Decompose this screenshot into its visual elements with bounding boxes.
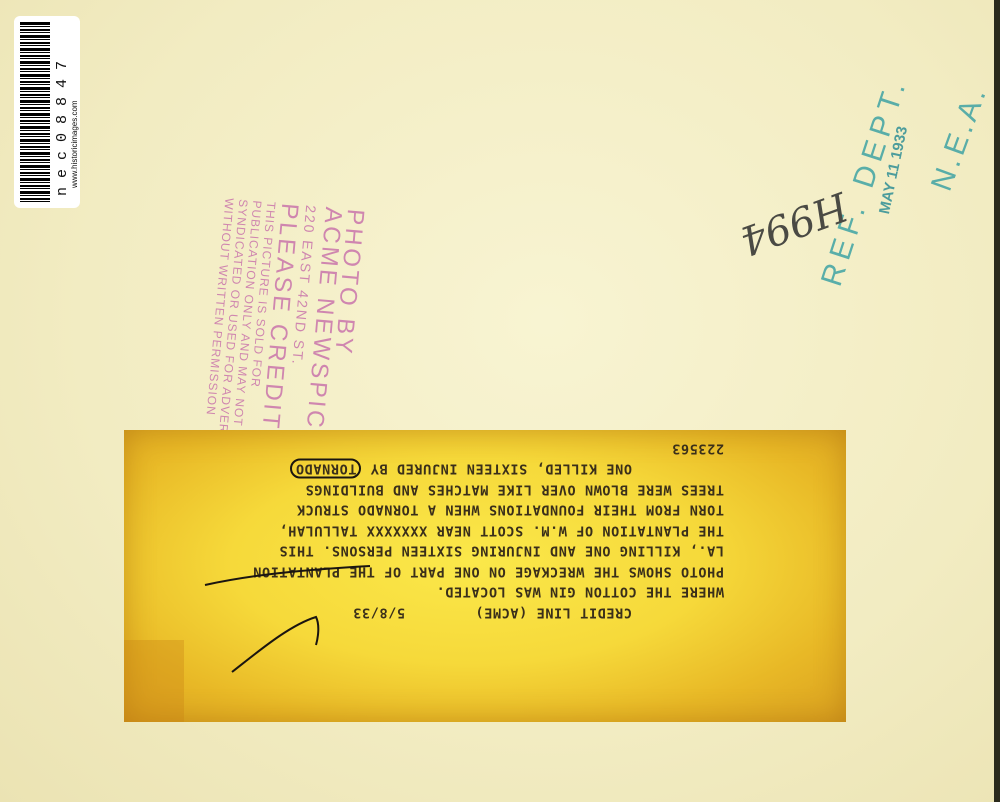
scan-edge: [994, 0, 1000, 802]
caption-body-line: TORN FROM THEIR FOUNDATIONS WHEN A TORNA…: [184, 500, 724, 521]
caption-body-line: THE PLANTATION OF W.M. SCOTT NEAR XXXXXX…: [184, 520, 724, 541]
slip-fold: [124, 640, 184, 722]
barcode-icon: [20, 22, 50, 202]
caption-text: CREDIT LINE (ACME) 5/8/33WHERE THE COTTO…: [184, 438, 724, 623]
caption-headline: ONE KILLED, SIXTEEN INJURED BY TORNADO: [184, 459, 724, 480]
barcode-site: www.historicimages.com: [70, 100, 79, 188]
barcode-label: nec08847 www.historicimages.com: [14, 16, 80, 208]
caption-number: 223563: [184, 438, 724, 459]
barcode-code: nec08847: [54, 52, 71, 196]
caption-body-line: LA., KILLING ONE AND INJURING SIXTEEN PE…: [184, 541, 724, 562]
caption-body-line: PHOTO SHOWS THE WRECKAGE ON ONE PART OF …: [184, 561, 724, 582]
circled-word: TORNADO: [290, 459, 361, 479]
caption-credit-line: CREDIT LINE (ACME) 5/8/33: [184, 602, 724, 623]
caption-body-line: WHERE THE COTTON GIN WAS LOCATED.: [184, 582, 724, 603]
caption-date: 5/8/33: [353, 605, 405, 621]
caption-body-line: TREES WERE BLOWN OVER LIKE MATCHES AND B…: [184, 479, 724, 500]
